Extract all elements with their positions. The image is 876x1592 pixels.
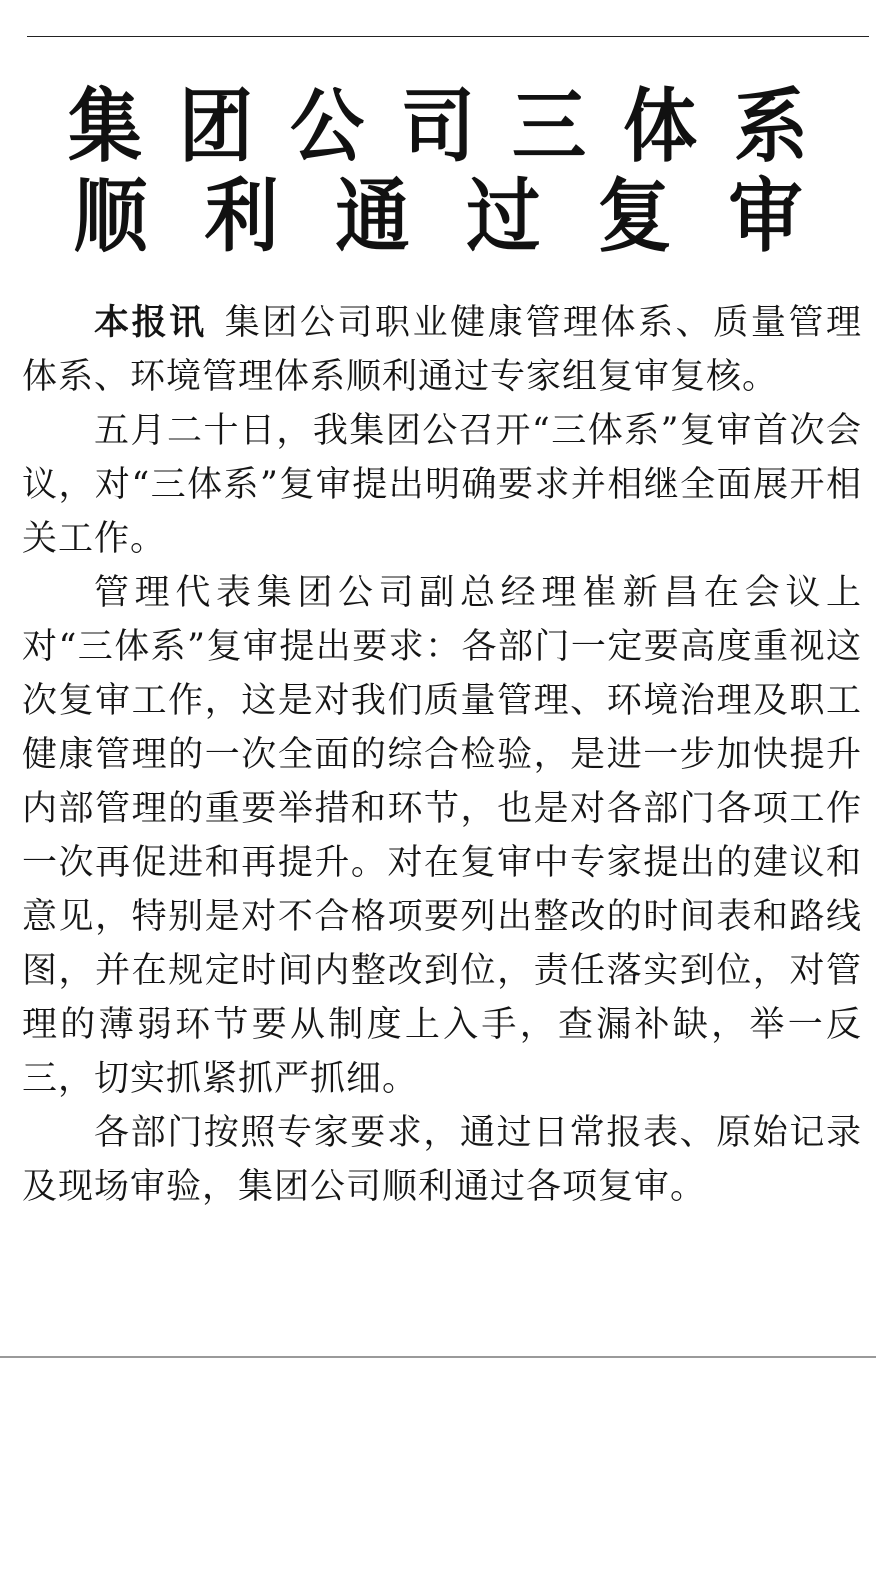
headline: 集团公司三体系 顺利通过复审 <box>0 82 876 262</box>
headline-line-1: 集团公司三体系 <box>0 78 876 175</box>
dateline: 本报讯 <box>94 303 207 343</box>
top-divider <box>27 36 869 37</box>
bottom-divider <box>0 1356 876 1358</box>
paragraph-2: 五月二十日，我集团公召开“三体系”复审首次会议，对“三体系”复审提出明确要求并相… <box>22 404 862 566</box>
headline-line-2: 顺利通过复审 <box>0 168 876 265</box>
paragraph-1: 本报讯集团公司职业健康管理体系、质量管理体系、环境管理体系顺利通过专家组复审复核… <box>22 296 862 404</box>
article-body: 本报讯集团公司职业健康管理体系、质量管理体系、环境管理体系顺利通过专家组复审复核… <box>22 296 862 1214</box>
paragraph-4: 各部门按照专家要求，通过日常报表、原始记录及现场审验，集团公司顺利通过各项复审。 <box>22 1106 862 1214</box>
paragraph-3: 管理代表集团公司副总经理崔新昌在会议上对“三体系”复审提出要求：各部门一定要高度… <box>22 566 862 1106</box>
